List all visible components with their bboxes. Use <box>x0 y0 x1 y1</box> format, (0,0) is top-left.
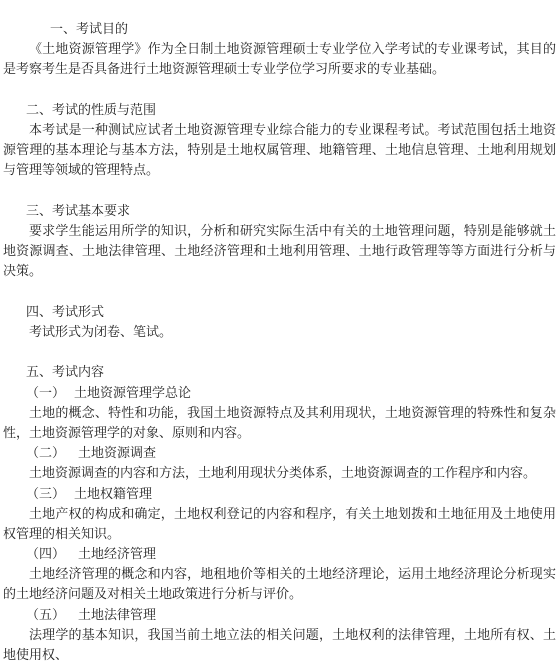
subsection-title: 土地经济管理 <box>78 547 156 562</box>
subsection-heading-1: （一）土地资源管理学总论 <box>3 384 556 404</box>
section-heading-requirements: 三、考试基本要求 <box>3 202 556 222</box>
subsection-heading-5: （五）土地法律管理 <box>3 606 556 622</box>
subsection-body-4: 土地经济管理的概念和内容，地租地价等相关的土地经济理论，运用土地经济理论分析现实… <box>3 565 556 605</box>
subsection-body-1: 土地的概念、特性和功能，我国土地资源特点及其利用现状，土地资源管理的特殊性和复杂… <box>3 404 556 444</box>
subsection-label: （二） <box>26 444 78 464</box>
subsection-label: （三） <box>26 485 74 505</box>
subsection-label: （五） <box>26 606 78 622</box>
subsection-heading-4: （四）土地经济管理 <box>3 545 556 565</box>
spacer <box>3 283 556 303</box>
section-heading-purpose: 一、考试目的 <box>3 20 556 40</box>
subsection-title: 土地资源调查 <box>78 446 156 461</box>
section-body-format: 考试形式为闭卷、笔试。 <box>3 323 556 343</box>
subsection-title: 土地法律管理 <box>78 608 156 622</box>
section-heading-nature-scope: 二、考试的性质与范围 <box>3 101 556 121</box>
section-body-purpose: 《土地资源管理学》作为全日制土地资源管理硕士专业学位入学考试的专业课考试，其目的… <box>3 40 556 80</box>
section-body-requirements: 要求学生能运用所学的知识，分析和研究实际生活中有关的土地管理问题，特别是能够就土… <box>3 222 556 283</box>
subsection-label: （一） <box>26 384 74 404</box>
spacer <box>3 182 556 202</box>
subsection-title: 土地资源管理学总论 <box>74 386 191 401</box>
section-heading-content: 五、考试内容 <box>3 363 556 383</box>
subsection-label: （四） <box>26 545 78 565</box>
subsection-body-3: 土地产权的构成和确定，土地权利登记的内容和程序，有关土地划拨和土地征用及土地使用… <box>3 505 556 545</box>
spacer <box>3 81 556 101</box>
section-heading-format: 四、考试形式 <box>3 303 556 323</box>
document-body: 一、考试目的 《土地资源管理学》作为全日制土地资源管理硕士专业学位入学考试的专业… <box>3 20 556 622</box>
subsection-body-2: 土地资源调查的内容和方法，土地利用现状分类体系，土地资源调查的工作程序和内容。 <box>3 464 556 484</box>
subsection-title: 土地权籍管理 <box>74 487 152 502</box>
spacer <box>3 343 556 363</box>
section-body-nature-scope: 本考试是一种测试应试者土地资源管理专业综合能力的专业课程考试。考试范围包括土地资… <box>3 121 556 182</box>
subsection-heading-2: （二）土地资源调查 <box>3 444 556 464</box>
subsection-heading-3: （三）土地权籍管理 <box>3 485 556 505</box>
